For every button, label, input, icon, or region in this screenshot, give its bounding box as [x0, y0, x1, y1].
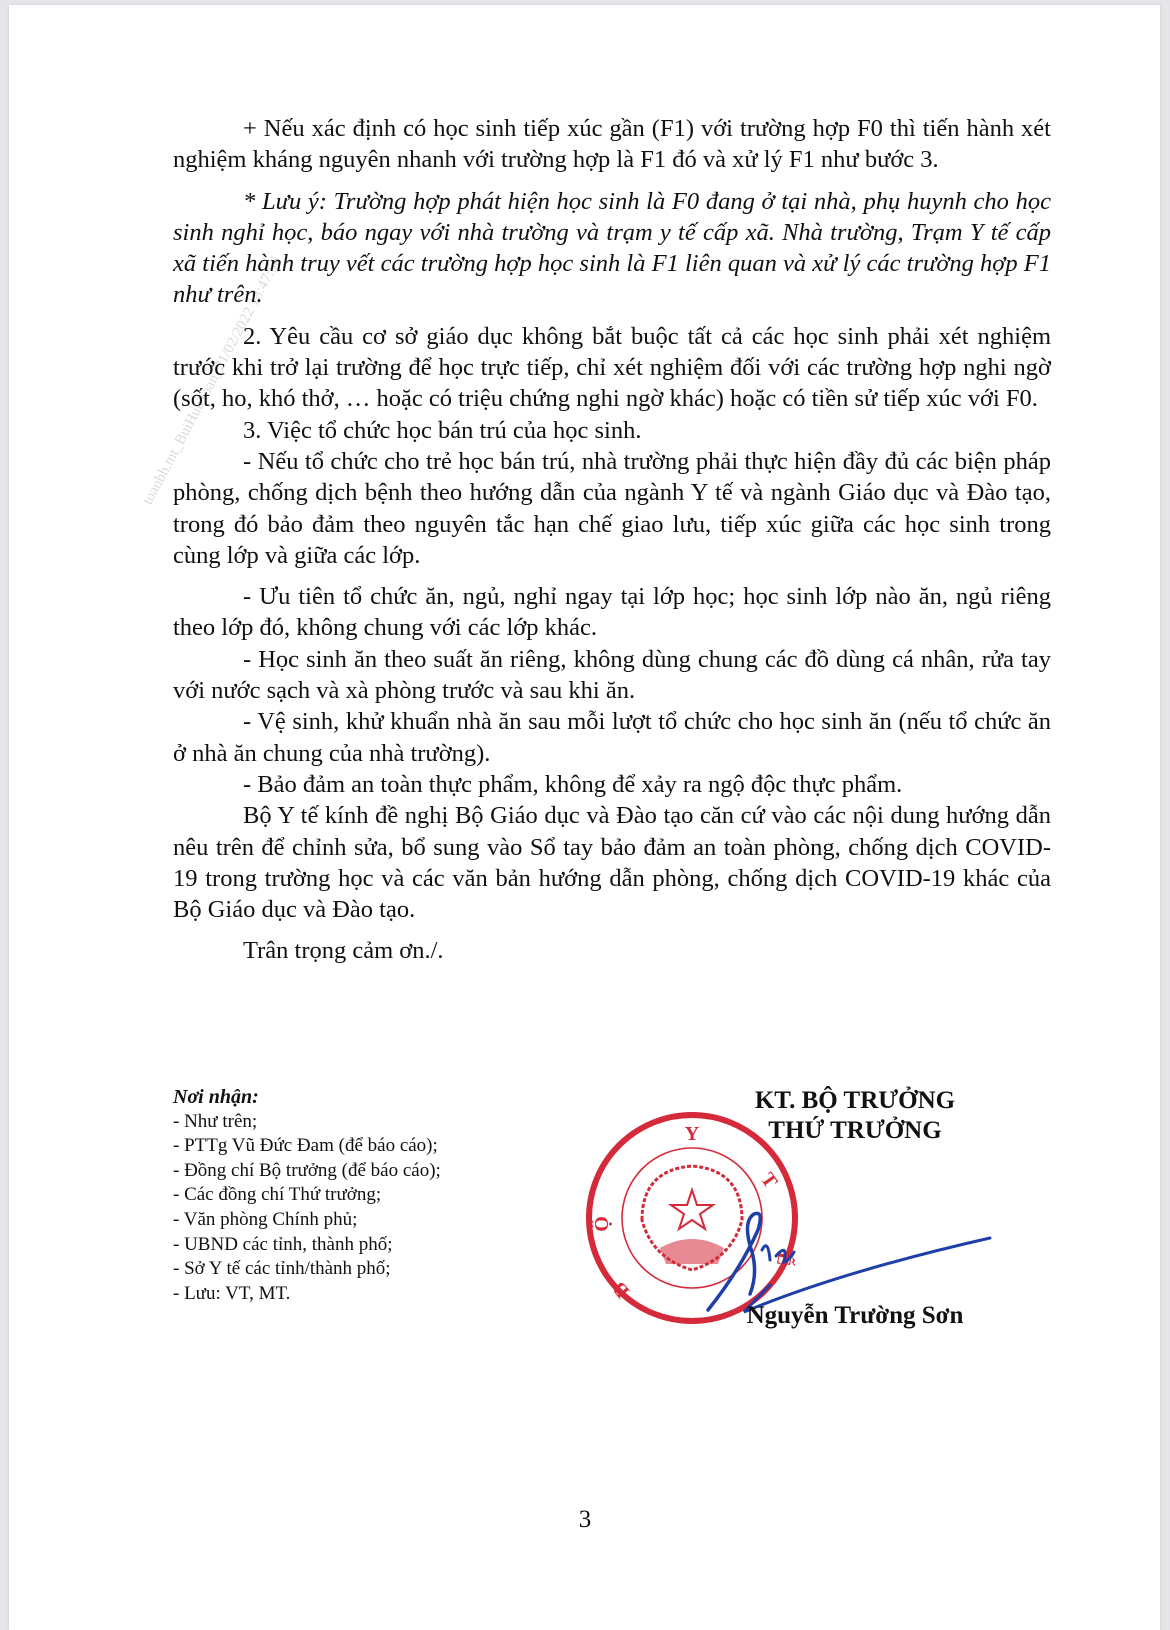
paragraph-item-2: 2. Yêu cầu cơ sở giáo dục không bắt buộc… [173, 321, 1051, 415]
paragraph-food-safety: - Bảo đảm an toàn thực phẩm, không để xả… [173, 769, 1051, 800]
paragraph-boarding: - Nếu tổ chức cho trẻ học bán trú, nhà t… [173, 446, 1051, 571]
recipients-title: Nơi nhận: [173, 1085, 441, 1110]
recipient-item: - UBND các tỉnh, thành phố; [173, 1233, 441, 1258]
signature-title-line1: KT. BỘ TRƯỞNG [700, 1086, 1010, 1116]
paragraph-sanitize: - Vệ sinh, khử khuẩn nhà ăn sau mỗi lượt… [173, 706, 1051, 769]
document-body: + Nếu xác định có học sinh tiếp xúc gần … [173, 113, 1051, 967]
recipient-item: - Các đồng chí Thứ trưởng; [173, 1183, 441, 1208]
paragraph-request: Bộ Y tế kính đề nghị Bộ Giáo dục và Đào … [173, 800, 1051, 925]
recipient-item: - Văn phòng Chính phủ; [173, 1208, 441, 1233]
recipients-block: Nơi nhận: - Như trên; - PTTg Vũ Đức Đam … [173, 1085, 441, 1306]
recipient-item: - Như trên; [173, 1110, 441, 1135]
paragraph-f1-testing: + Nếu xác định có học sinh tiếp xúc gần … [173, 113, 1051, 176]
svg-text:Y: Y [685, 1123, 700, 1145]
recipient-item: - Lưu: VT, MT. [173, 1282, 441, 1307]
page-number: 3 [0, 1506, 1170, 1534]
svg-text:Ộ: Ộ [590, 1216, 613, 1232]
signature-icon [680, 1190, 1000, 1320]
signature-title-block: KT. BỘ TRƯỞNG THỨ TRƯỞNG [700, 1086, 1010, 1146]
recipient-item: - Đồng chí Bộ trưởng (để báo cáo); [173, 1159, 441, 1184]
paragraph-item-3: 3. Việc tổ chức học bán trú của học sinh… [173, 415, 1051, 446]
paragraph-closing: Trân trọng cảm ơn./. [173, 935, 1051, 966]
paragraph-priority: - Ưu tiên tổ chức ăn, ngủ, nghỉ ngay tại… [173, 581, 1051, 644]
recipient-item: - PTTg Vũ Đức Đam (để báo cáo); [173, 1134, 441, 1159]
recipient-item: - Sở Y tế các tỉnh/thành phố; [173, 1257, 441, 1282]
paragraph-note: * Lưu ý: Trường hợp phát hiện học sinh l… [173, 186, 1051, 311]
signature-title-line2: THỨ TRƯỞNG [700, 1116, 1010, 1146]
paragraph-meals: - Học sinh ăn theo suất ăn riêng, không … [173, 644, 1051, 707]
signer-name: Nguyễn Trường Sơn [700, 1302, 1010, 1330]
